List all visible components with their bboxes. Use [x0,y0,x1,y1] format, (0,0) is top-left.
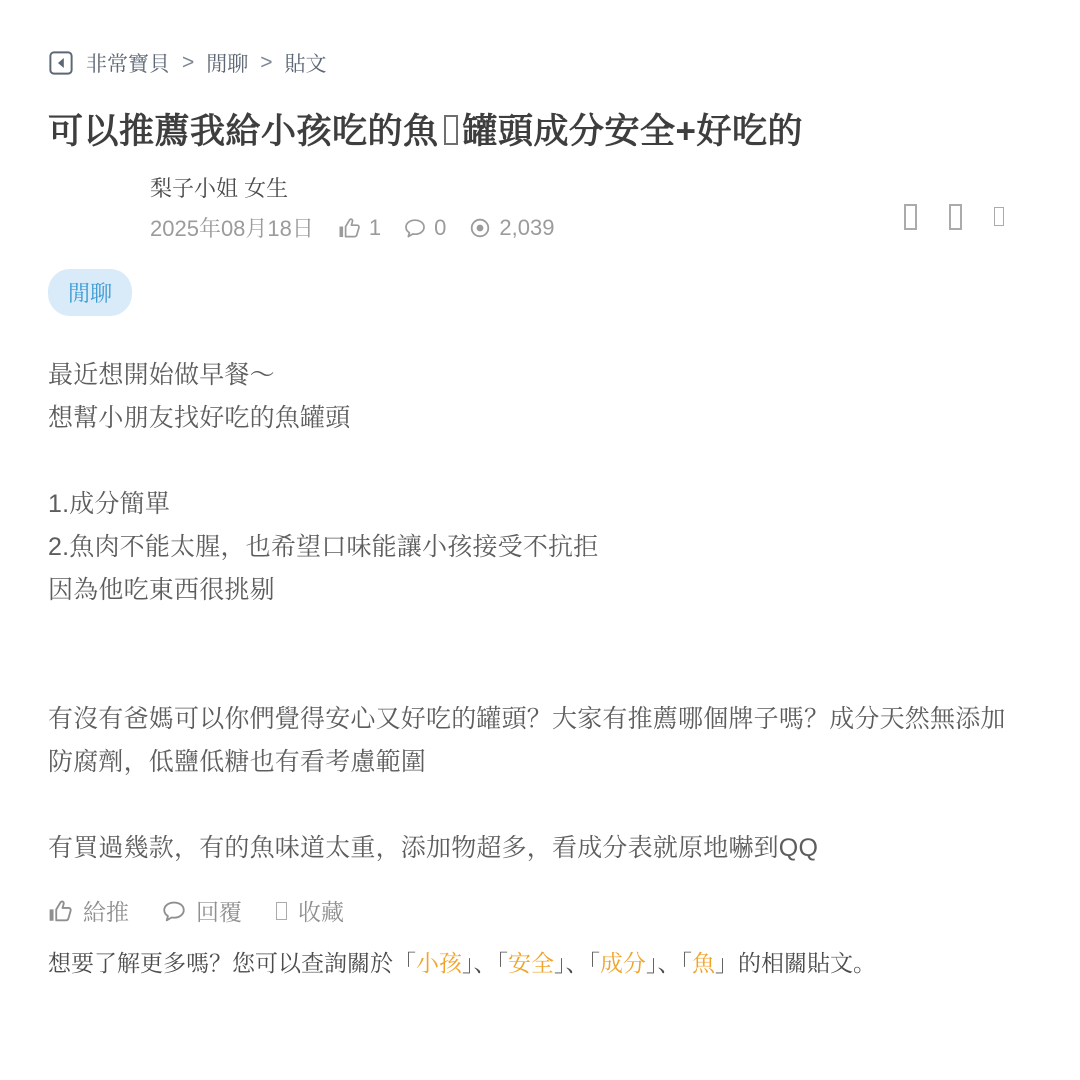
related-keyword[interactable]: 小孩 [416,950,462,976]
header-icon-placeholder-1[interactable] [904,204,917,230]
thumbs-up-icon [338,216,362,240]
related-keyword[interactable]: 安全 [508,950,554,976]
breadcrumb-separator: > [182,51,194,75]
breadcrumb-separator: > [260,51,272,75]
like-count: 1 [369,215,381,241]
related-keyword[interactable]: 魚 [692,950,715,976]
avatar[interactable] [48,172,128,236]
body-line: 想幫小朋友找好吃的魚罐頭 [48,397,1016,440]
bracket-open: 「 [393,950,416,976]
related-keyword[interactable]: 成分 [600,950,646,976]
tag-chip[interactable]: 閒聊 [48,269,132,316]
body-line [48,784,1016,827]
related-prefix: 想要了解更多嗎？您可以查詢關於 [48,950,393,976]
post-date: 2025年08月18日 [150,212,314,243]
reply-button-label: 回覆 [196,894,242,927]
author-name[interactable]: 梨子小姐 女生 [150,172,904,203]
thumbs-up-icon [48,898,74,924]
body-line: 有買過幾款，有的魚味道太重，添加物超多，看成分表就原地嚇到QQ [48,827,1016,870]
post-body: 最近想開始做早餐～ 想幫小朋友找好吃的魚罐頭 1.成分簡單 2.魚肉不能太腥，也… [48,354,1016,870]
bracket-close: 」 [554,950,566,976]
comment-icon [403,216,427,240]
related-suffix: 的相關貼文。 [738,950,876,976]
body-line [48,440,1016,483]
like-count-stat: 1 [338,215,381,241]
keyword-separator: 、 [658,950,681,976]
header-icon-placeholder-3[interactable] [994,207,1004,226]
post-page: 非常寶貝 > 閒聊 > 貼文 可以推薦我給小孩吃的魚罐頭成分安全+好吃的 梨子小… [0,0,1080,978]
reply-button[interactable]: 回覆 [161,894,242,927]
like-button[interactable]: 給推 [48,894,129,927]
body-line: 1.成分簡單 [48,483,1016,526]
comment-icon [161,898,187,924]
comment-count: 0 [434,215,446,241]
header-icon-placeholder-2[interactable] [949,204,962,230]
like-button-label: 給推 [83,894,129,927]
view-count-stat: 2,039 [468,215,554,241]
body-line: 2.魚肉不能太腥，也希望口味能讓小孩接受不抗拒 [48,526,1016,569]
body-line: 最近想開始做早餐～ [48,354,1016,397]
view-count: 2,039 [499,215,554,241]
bracket-close: 」 [715,950,738,976]
bookmark-button[interactable]: 收藏 [274,894,344,927]
author-row: 梨子小姐 女生 2025年08月18日 1 0 [48,172,1032,243]
header-action-icons [904,204,1004,230]
body-line [48,612,1016,655]
bracket-close: 」 [646,950,658,976]
post-title-text: 罐頭成分安全+好吃的 [463,112,803,151]
bracket-open: 「 [497,950,509,976]
eye-icon [468,216,492,240]
breadcrumb-category[interactable]: 閒聊 [206,48,248,78]
bracket-open: 「 [589,950,601,976]
comment-count-stat: 0 [403,215,446,241]
breadcrumb: 非常寶貝 > 閒聊 > 貼文 [48,48,1032,78]
bracket-open: 「 [681,950,693,976]
missing-glyph-box [444,115,458,145]
keyword-separator: 、 [566,950,589,976]
body-line: 有沒有爸媽可以你們覺得安心又好吃的罐頭？大家有推薦哪個牌子嗎？成分天然無添加防腐… [48,698,1016,784]
post-title-text: 可以推薦我給小孩吃的魚 [48,112,439,151]
bracket-close: 」 [462,950,474,976]
body-line [48,655,1016,698]
post-actions: 給推 回覆 收藏 [48,894,1032,927]
post-meta-row: 2025年08月18日 1 0 [150,212,904,243]
post-title: 可以推薦我給小孩吃的魚罐頭成分安全+好吃的 [48,108,1032,156]
keyword-separator: 、 [474,950,497,976]
author-info: 梨子小姐 女生 2025年08月18日 1 0 [150,172,904,243]
breadcrumb-community[interactable]: 非常寶貝 [86,48,170,78]
bookmark-icon-placeholder [276,902,287,920]
related-links: 想要了解更多嗎？您可以查詢關於「小孩」、「安全」、「成分」、「魚」的相關貼文。 [48,945,1032,978]
back-icon[interactable] [48,50,74,76]
bookmark-button-label: 收藏 [298,894,344,927]
breadcrumb-current: 貼文 [285,48,327,78]
body-line: 因為他吃東西很挑剔 [48,569,1016,612]
